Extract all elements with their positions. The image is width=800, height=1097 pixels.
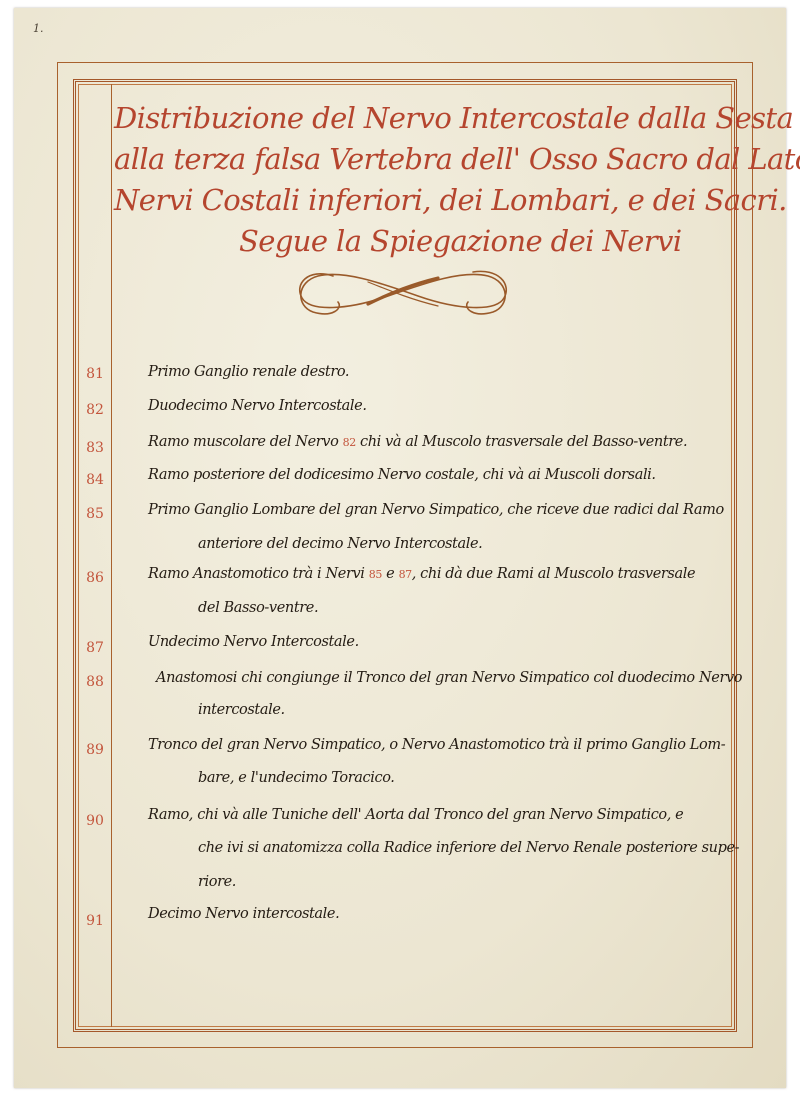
page-number: 1.: [33, 22, 44, 35]
entry-text: Ramo Anastomotico trà i Nervi 85 e 87, c…: [148, 566, 734, 582]
title-line-2: alla terza falsa Vertebra dell' Osso Sac…: [114, 139, 734, 180]
entry-text: Undecimo Nervo Intercostale.: [148, 634, 734, 650]
entry-number: 91: [80, 913, 110, 929]
entry-text: Duodecimo Nervo Intercostale.: [148, 398, 734, 414]
entry-text: Ramo, chi và alle Tuniche dell' Aorta da…: [148, 807, 734, 823]
entry-text: Tronco del gran Nervo Simpatico, o Nervo…: [148, 737, 734, 753]
entry-text: Primo Ganglio renale destro.: [148, 364, 734, 380]
entry-text-part: e: [382, 566, 399, 582]
entry-text: Ramo posteriore del dodicesimo Nervo cos…: [148, 467, 734, 483]
entry-text-part: , chi dà due Rami al Muscolo trasversale: [412, 566, 695, 582]
entry-text-continuation: intercostale.: [198, 702, 784, 718]
entry-number: 85: [80, 506, 110, 522]
cross-reference-number: 82: [343, 436, 356, 449]
entry-number: 86: [80, 570, 110, 586]
entry-text-continuation: che ivi si anatomizza colla Radice infer…: [198, 840, 784, 856]
calligraphic-flourish-icon: [288, 262, 518, 320]
entry-text: Primo Ganglio Lombare del gran Nervo Sim…: [148, 502, 734, 518]
entry-number: 83: [80, 440, 110, 456]
entry-number: 81: [80, 366, 110, 382]
entry-text-part: Ramo muscolare del Nervo: [148, 434, 343, 450]
entry-text-continuation: riore.: [198, 874, 784, 890]
entry-text-part: Ramo Anastomotico trà i Nervi: [148, 566, 369, 582]
entry-number: 82: [80, 402, 110, 418]
title-line-3: Nervi Costali inferiori, dei Lombari, e …: [114, 180, 734, 221]
page-title: Distribuzione del Nervo Intercostale dal…: [114, 98, 734, 262]
title-line-1: Distribuzione del Nervo Intercostale dal…: [114, 98, 734, 139]
entry-text-continuation: bare, e l'undecimo Toracico.: [198, 770, 784, 786]
entry-text: Ramo muscolare del Nervo 82 chi và al Mu…: [148, 434, 734, 450]
entry-number: 90: [80, 813, 110, 829]
cross-reference-number: 87: [399, 568, 412, 581]
entry-text-continuation: anteriore del decimo Nervo Intercostale.: [198, 536, 784, 552]
entry-text: Decimo Nervo intercostale.: [148, 906, 734, 922]
entry-number: 89: [80, 742, 110, 758]
number-column-rule: [111, 84, 112, 1027]
entry-number: 87: [80, 640, 110, 656]
cross-reference-number: 85: [369, 568, 382, 581]
entry-text-continuation: del Basso-ventre.: [198, 600, 784, 616]
entry-text-part: chi và al Muscolo trasversale del Basso-…: [356, 434, 687, 450]
entry-text: Anastomosi chi congiunge il Tronco del g…: [156, 670, 742, 686]
entry-number: 88: [80, 674, 110, 690]
entry-number: 84: [80, 472, 110, 488]
subtitle: Segue la Spiegazione dei Nervi: [114, 221, 734, 262]
